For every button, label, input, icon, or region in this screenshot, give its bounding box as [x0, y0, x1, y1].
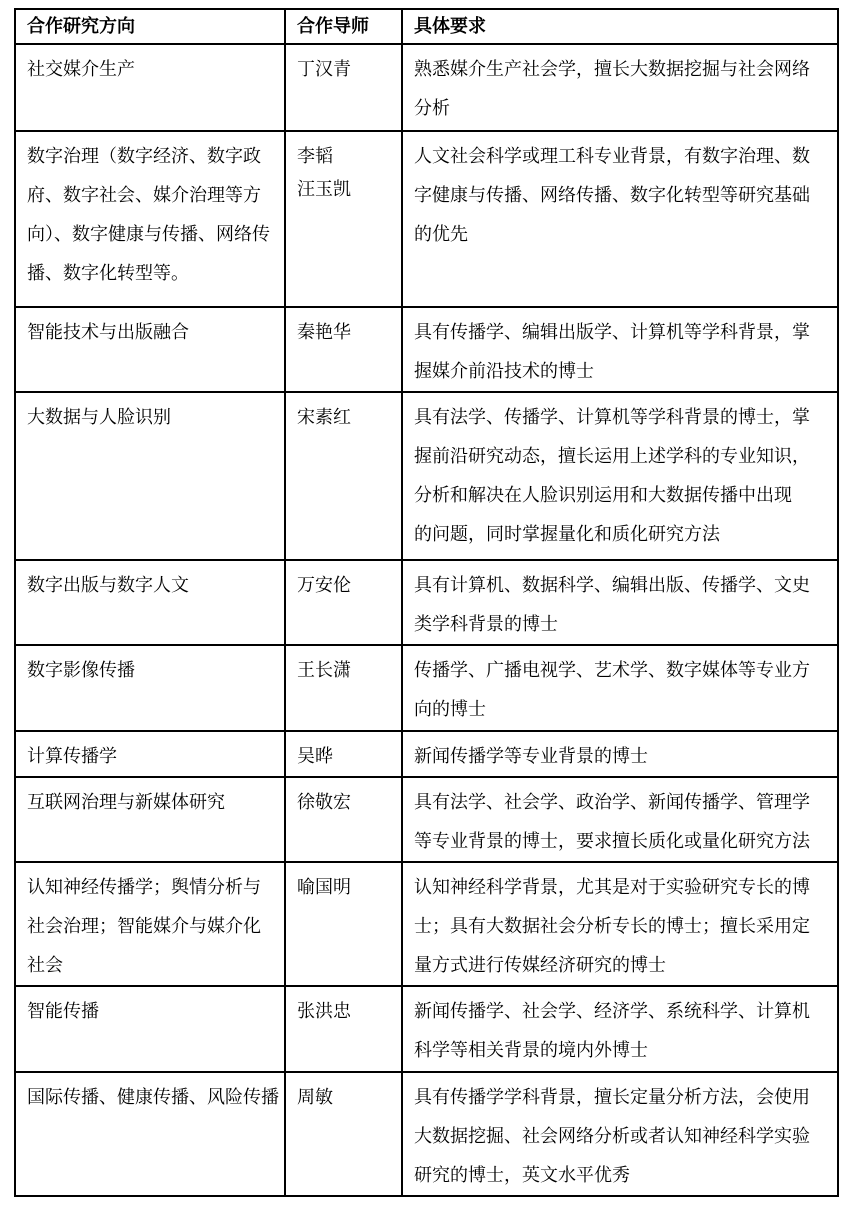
- table-row: 数字出版与数字人文 万安伦 具有计算机、数据科学、编辑出版、传播学、文史 类学科…: [15, 560, 838, 645]
- table-row: 互联网治理与新媒体研究 徐敬宏 具有法学、社会学、政治学、新闻传播学、管理学 等…: [15, 777, 838, 862]
- requirement-cell: 具有传播学学科背景，擅长定量分析方法，会使用 大数据挖掘、社会网络分析或者认知神…: [402, 1072, 838, 1196]
- table-row: 国际传播、健康传播、风险传播 周敏 具有传播学学科背景，擅长定量分析方法，会使用…: [15, 1072, 838, 1196]
- mentor-cell: 丁汉青: [285, 44, 402, 131]
- mentor-cell: 周敏: [285, 1072, 402, 1196]
- document-page: 合作研究方向 合作导师 具体要求 社交媒介生产 丁汉青 熟悉媒介生产社会学，擅长…: [0, 0, 854, 1210]
- table-header-row: 合作研究方向 合作导师 具体要求: [15, 9, 838, 44]
- research-direction-cell: 大数据与人脸识别: [15, 392, 285, 560]
- research-direction-cell: 数字影像传播: [15, 645, 285, 731]
- header-research-direction: 合作研究方向: [15, 9, 285, 44]
- requirement-cell: 具有法学、传播学、计算机等学科背景的博士，掌 握前沿研究动态，擅长运用上述学科的…: [402, 392, 838, 560]
- mentor-cell: 秦艳华: [285, 307, 402, 392]
- table-row: 数字治理（数字经济、数字政 府、数字社会、媒介治理等方 向）、数字健康与传播、网…: [15, 131, 838, 307]
- requirement-cell: 新闻传播学等专业背景的博士: [402, 731, 838, 777]
- research-direction-cell: 计算传播学: [15, 731, 285, 777]
- requirement-cell: 人文社会科学或理工科专业背景，有数字治理、数 字健康与传播、网络传播、数字化转型…: [402, 131, 838, 307]
- research-direction-cell: 认知神经传播学；舆情分析与 社会治理；智能媒介与媒介化 社会: [15, 862, 285, 986]
- research-direction-cell: 互联网治理与新媒体研究: [15, 777, 285, 862]
- requirement-cell: 具有计算机、数据科学、编辑出版、传播学、文史 类学科背景的博士: [402, 560, 838, 645]
- mentor-cell: 王长潇: [285, 645, 402, 731]
- mentor-cell: 万安伦: [285, 560, 402, 645]
- mentor-cell: 喻国明: [285, 862, 402, 986]
- table-row: 认知神经传播学；舆情分析与 社会治理；智能媒介与媒介化 社会 喻国明 认知神经科…: [15, 862, 838, 986]
- table-row: 社交媒介生产 丁汉青 熟悉媒介生产社会学，擅长大数据挖掘与社会网络 分析: [15, 44, 838, 131]
- header-requirements: 具体要求: [402, 9, 838, 44]
- requirement-cell: 具有法学、社会学、政治学、新闻传播学、管理学 等专业背景的博士，要求擅长质化或量…: [402, 777, 838, 862]
- table-row: 数字影像传播 王长潇 传播学、广播电视学、艺术学、数字媒体等专业方 向的博士: [15, 645, 838, 731]
- research-direction-cell: 数字出版与数字人文: [15, 560, 285, 645]
- table-row: 计算传播学 吴晔 新闻传播学等专业背景的博士: [15, 731, 838, 777]
- mentor-cell: 吴晔: [285, 731, 402, 777]
- research-direction-cell: 智能传播: [15, 986, 285, 1072]
- research-direction-cell: 数字治理（数字经济、数字政 府、数字社会、媒介治理等方 向）、数字健康与传播、网…: [15, 131, 285, 307]
- mentor-cell: 李韬 汪玉凯: [285, 131, 402, 307]
- requirement-cell: 传播学、广播电视学、艺术学、数字媒体等专业方 向的博士: [402, 645, 838, 731]
- research-direction-cell: 国际传播、健康传播、风险传播: [15, 1072, 285, 1196]
- mentor-cell: 徐敬宏: [285, 777, 402, 862]
- cooperation-research-table: 合作研究方向 合作导师 具体要求 社交媒介生产 丁汉青 熟悉媒介生产社会学，擅长…: [14, 8, 839, 1197]
- mentor-cell: 张洪忠: [285, 986, 402, 1072]
- requirement-cell: 熟悉媒介生产社会学，擅长大数据挖掘与社会网络 分析: [402, 44, 838, 131]
- table-row: 智能技术与出版融合 秦艳华 具有传播学、编辑出版学、计算机等学科背景，掌 握媒介…: [15, 307, 838, 392]
- research-direction-cell: 智能技术与出版融合: [15, 307, 285, 392]
- table-row: 智能传播 张洪忠 新闻传播学、社会学、经济学、系统科学、计算机 科学等相关背景的…: [15, 986, 838, 1072]
- requirement-cell: 具有传播学、编辑出版学、计算机等学科背景，掌 握媒介前沿技术的博士: [402, 307, 838, 392]
- research-direction-cell: 社交媒介生产: [15, 44, 285, 131]
- header-mentor: 合作导师: [285, 9, 402, 44]
- requirement-cell: 新闻传播学、社会学、经济学、系统科学、计算机 科学等相关背景的境内外博士: [402, 986, 838, 1072]
- table-row: 大数据与人脸识别 宋素红 具有法学、传播学、计算机等学科背景的博士，掌 握前沿研…: [15, 392, 838, 560]
- mentor-cell: 宋素红: [285, 392, 402, 560]
- requirement-cell: 认知神经科学背景，尤其是对于实验研究专长的博 士；具有大数据社会分析专长的博士；…: [402, 862, 838, 986]
